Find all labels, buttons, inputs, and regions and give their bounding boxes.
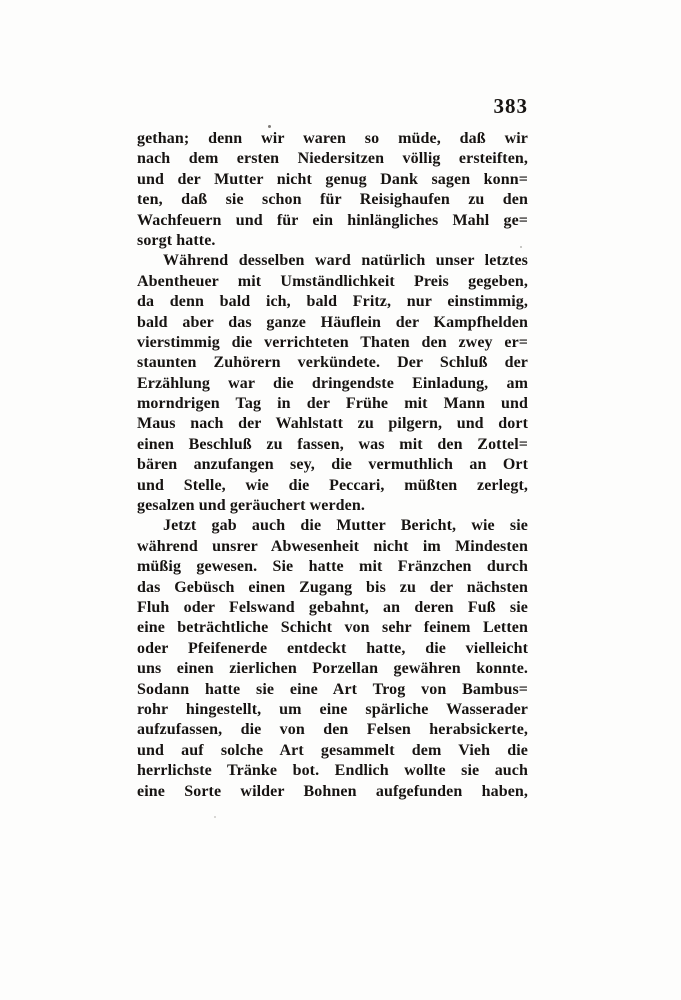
text-line: oder Pfeifenerde entdeckt hatte, die vie… [137, 639, 528, 659]
scan-speckle [268, 125, 271, 128]
text-line: das Gebüsch einen Zugang bis zu der näch… [137, 578, 528, 598]
text-line: Erzählung war die dringendste Einladung,… [137, 374, 528, 394]
text-line: gethan; denn wir waren so müde, daß wir [137, 129, 528, 149]
text-line: Jetzt gab auch die Mutter Bericht, wie s… [137, 516, 528, 536]
scan-speckle [520, 246, 522, 248]
text-line: bären anzufangen sey, die vermuthlich an… [137, 455, 528, 475]
text-line: gesalzen und geräuchert werden. [137, 496, 528, 516]
text-line: Fluh oder Felswand gebahnt, an deren Fuß… [137, 598, 528, 618]
text-line: da denn bald ich, bald Fritz, nur einsti… [137, 292, 528, 312]
text-line: morndrigen Tag in der Frühe mit Mann und [137, 394, 528, 414]
text-line: während unsrer Abwesenheit nicht im Mind… [137, 537, 528, 557]
text-line: ten, daß sie schon für Reisighaufen zu d… [137, 190, 528, 210]
text-line: und auf solche Art gesammelt dem Vieh di… [137, 741, 528, 761]
text-line: herrlichste Tränke bot. Endlich wollte s… [137, 761, 528, 781]
text-line: nach dem ersten Niedersitzen völlig erst… [137, 149, 528, 169]
text-line: müßig gewesen. Sie hatte mit Fränzchen d… [137, 557, 528, 577]
page-number: 383 [137, 94, 528, 119]
text-block: gethan; denn wir waren so müde, daß wirn… [137, 129, 528, 802]
text-line: eine beträchtliche Schicht von sehr fein… [137, 618, 528, 638]
book-page: 383 gethan; denn wir waren so müde, daß … [0, 0, 681, 1000]
text-line: eine Sorte wilder Bohnen aufgefunden hab… [137, 782, 528, 802]
text-line: uns einen zierlichen Porzellan gewähren … [137, 659, 528, 679]
text-line: Wachfeuern und für ein hinlängliches Mah… [137, 211, 528, 231]
text-line: vierstimmig die verrichteten Thaten den … [137, 333, 528, 353]
text-line: Während desselben ward natürlich unser l… [137, 251, 528, 271]
text-line: rohr hingestellt, um eine spärliche Wass… [137, 700, 528, 720]
text-line: aufzufassen, die von den Felsen herabsic… [137, 720, 528, 740]
text-line: Abentheuer mit Umständlichkeit Preis geg… [137, 272, 528, 292]
text-line: Sodann hatte sie eine Art Trog von Bambu… [137, 680, 528, 700]
scan-speckle [214, 816, 216, 818]
text-line: einen Beschluß zu fassen, was mit den Zo… [137, 435, 528, 455]
text-line: bald aber das ganze Häuflein der Kampfhe… [137, 313, 528, 333]
text-line: und der Mutter nicht genug Dank sagen ko… [137, 170, 528, 190]
text-line: Maus nach der Wahlstatt zu pilgern, und … [137, 414, 528, 434]
text-line: und Stelle, wie die Peccari, müßten zerl… [137, 476, 528, 496]
text-line: sorgt hatte. [137, 231, 528, 251]
text-line: staunten Zuhörern verkündete. Der Schluß… [137, 353, 528, 373]
